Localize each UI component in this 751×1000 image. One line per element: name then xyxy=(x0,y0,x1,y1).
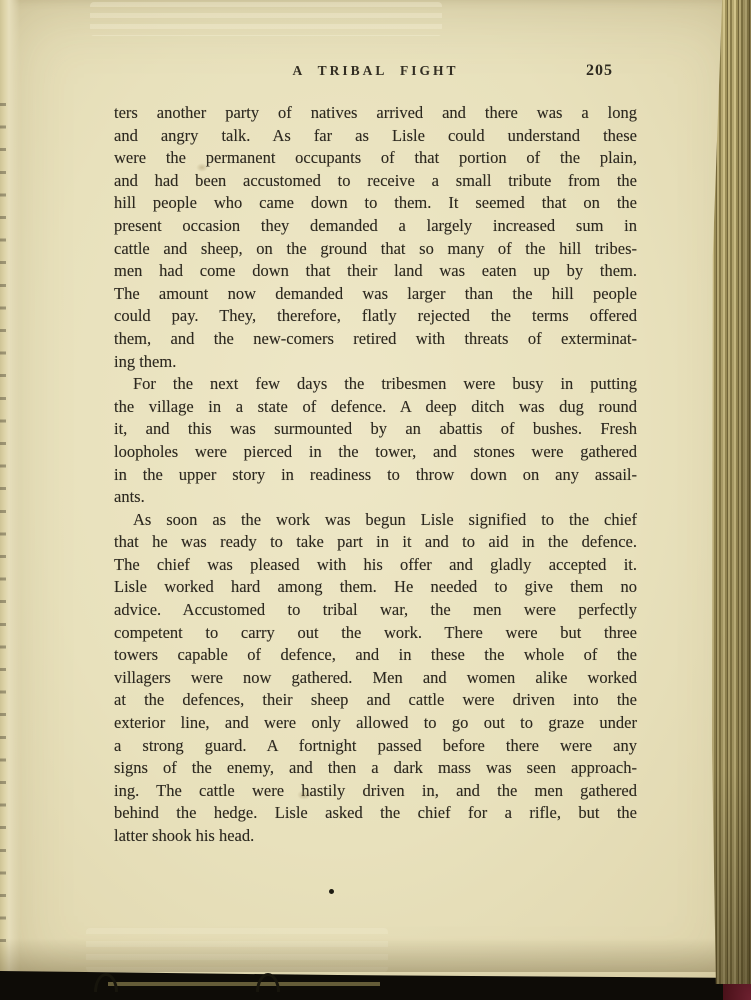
text-line: latter shook his head. xyxy=(114,825,637,848)
text-line: in the upper story in readiness to throw… xyxy=(114,464,637,487)
book-cradle-edge xyxy=(108,982,380,986)
body-text: ters another party of natives arrived an… xyxy=(114,102,637,848)
text-line: The amount now demanded was larger than … xyxy=(114,283,637,306)
text-line: it, and this was surmounted by an abatti… xyxy=(114,418,637,441)
text-line: behind the hedge. Lisle asked the chief … xyxy=(114,802,637,825)
page-header-title: A TRIBAL FIGHT xyxy=(292,63,458,78)
text-line: cattle and sheep, on the ground that so … xyxy=(114,238,637,261)
text-line: and had been accustomed to receive a sma… xyxy=(114,170,637,193)
page-edge-stack xyxy=(712,0,751,984)
text-line: advice. Accustomed to tribal war, the me… xyxy=(114,599,637,622)
text-line: hill people who came down to them. It se… xyxy=(114,192,637,215)
paragraph: ters another party of natives arrived an… xyxy=(114,102,637,373)
text-line: were the permanent occupants of that por… xyxy=(114,147,637,170)
scan-light-streak-top xyxy=(90,2,442,36)
text-line: Lisle worked hard among them. He needed … xyxy=(114,576,637,599)
text-line: ing. The cattle were hastily driven in, … xyxy=(114,780,637,803)
paper-stain xyxy=(196,163,208,172)
text-line: The chief was pleased with his offer and… xyxy=(114,554,637,577)
paragraph: For the next few days the tribesmen were… xyxy=(114,373,637,509)
text-line: ing them. xyxy=(114,351,637,374)
text-line: a strong guard. A fortnight passed befor… xyxy=(114,735,637,758)
paper-stain xyxy=(297,790,311,800)
text-line: that he was ready to take part in it and… xyxy=(114,531,637,554)
ink-dot xyxy=(329,889,334,894)
text-line: As soon as the work was begun Lisle sign… xyxy=(114,509,637,532)
book-scan: A TRIBAL FIGHT 205 ters another party of… xyxy=(0,0,751,1000)
text-line: For the next few days the tribesmen were… xyxy=(114,373,637,396)
facing-page-text-fragments xyxy=(0,96,6,942)
text-line: towers capable of defence, and in these … xyxy=(114,644,637,667)
text-line: loopholes were pierced in the tower, and… xyxy=(114,441,637,464)
page-bottom-shadow xyxy=(0,938,751,972)
text-line: exterior line, and were only allowed to … xyxy=(114,712,637,735)
paragraph: As soon as the work was begun Lisle sign… xyxy=(114,509,637,848)
text-line: competent to carry out the work. There w… xyxy=(114,622,637,645)
text-line: the village in a state of defence. A dee… xyxy=(114,396,637,419)
text-line: signs of the enemy, and then a dark mass… xyxy=(114,757,637,780)
text-line: ters another party of natives arrived an… xyxy=(114,102,637,125)
text-line: men had come down that their land was ea… xyxy=(114,260,637,283)
text-line: could pay. They, therefore, flatly rejec… xyxy=(114,305,637,328)
text-line: at the defences, their sheep and cattle … xyxy=(114,689,637,712)
text-line: them, and the new-comers retired with th… xyxy=(114,328,637,351)
page-number: 205 xyxy=(586,60,613,82)
running-head: A TRIBAL FIGHT 205 xyxy=(114,60,637,82)
text-line: and angry talk. As far as Lisle could un… xyxy=(114,125,637,148)
text-line: villagers were now gathered. Men and wom… xyxy=(114,667,637,690)
text-line: ants. xyxy=(114,486,637,509)
text-line: present occasion they demanded a largely… xyxy=(114,215,637,238)
